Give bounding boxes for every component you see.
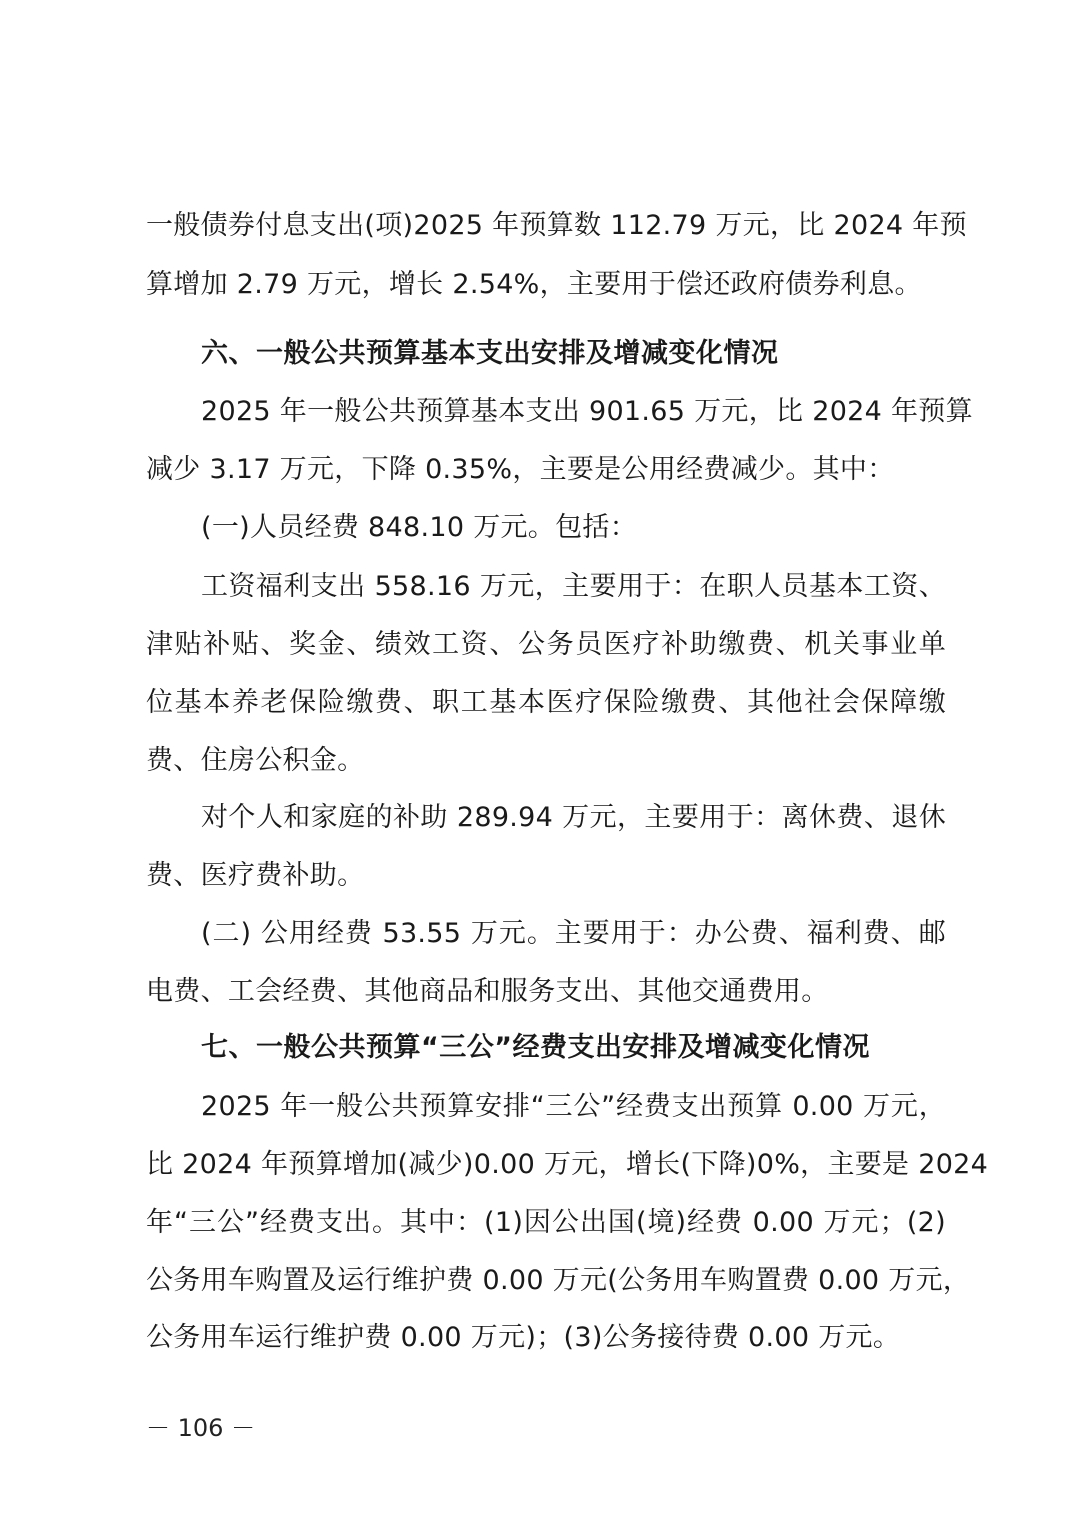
paragraph-line: 工资福利支出 558.16 万元，主要用于：在职人员基本工资、 <box>201 569 946 605</box>
document-page: 一般债券付息支出(项)2025 年预算数 112.79 万元，比 2024 年预… <box>0 0 1074 1520</box>
paragraph-line: 位基本养老保险缴费、职工基本医疗保险缴费、其他社会保障缴 <box>146 685 946 721</box>
paragraph-line: 公务用车购置及运行维护费 0.00 万元(公务用车购置费 0.00 万元， <box>146 1263 946 1299</box>
paragraph-line: 费、医疗费补助。 <box>146 858 946 894</box>
paragraph-line: (一)人员经费 848.10 万元。包括： <box>201 510 946 546</box>
section-heading-7: 七、一般公共预算“三公”经费支出安排及增减变化情况 <box>201 1030 946 1066</box>
section-heading-6: 六、一般公共预算基本支出安排及增减变化情况 <box>201 336 946 372</box>
paragraph-line: 减少 3.17 万元，下降 0.35%，主要是公用经费减少。其中： <box>146 452 946 488</box>
paragraph-line: 费、住房公积金。 <box>146 743 946 779</box>
paragraph-line: 电费、工会经费、其他商品和服务支出、其他交通费用。 <box>146 974 946 1010</box>
paragraph-line: 津贴补贴、奖金、绩效工资、公务员医疗补助缴费、机关事业单 <box>146 627 946 663</box>
paragraph-line: 2025 年一般公共预算基本支出 901.65 万元，比 2024 年预算 <box>201 394 946 430</box>
paragraph-line: 比 2024 年预算增加(减少)0.00 万元，增长(下降)0%，主要是 202… <box>146 1147 946 1183</box>
page-number: － 106 － <box>146 1412 255 1444</box>
paragraph-line: 算增加 2.79 万元，增长 2.54%，主要用于偿还政府债券利息。 <box>146 267 946 303</box>
paragraph-line: 年“三公”经费支出。其中：(1)因公出国(境)经费 0.00 万元；(2) <box>146 1205 946 1241</box>
paragraph-line: 2025 年一般公共预算安排“三公”经费支出预算 0.00 万元， <box>201 1089 946 1125</box>
paragraph-line: 一般债券付息支出(项)2025 年预算数 112.79 万元，比 2024 年预 <box>146 208 946 244</box>
paragraph-line: (二) 公用经费 53.55 万元。主要用于：办公费、福利费、邮 <box>201 916 946 952</box>
paragraph-line: 对个人和家庭的补助 289.94 万元，主要用于：离休费、退休 <box>201 800 946 836</box>
paragraph-line: 公务用车运行维护费 0.00 万元)；(3)公务接待费 0.00 万元。 <box>146 1320 946 1356</box>
